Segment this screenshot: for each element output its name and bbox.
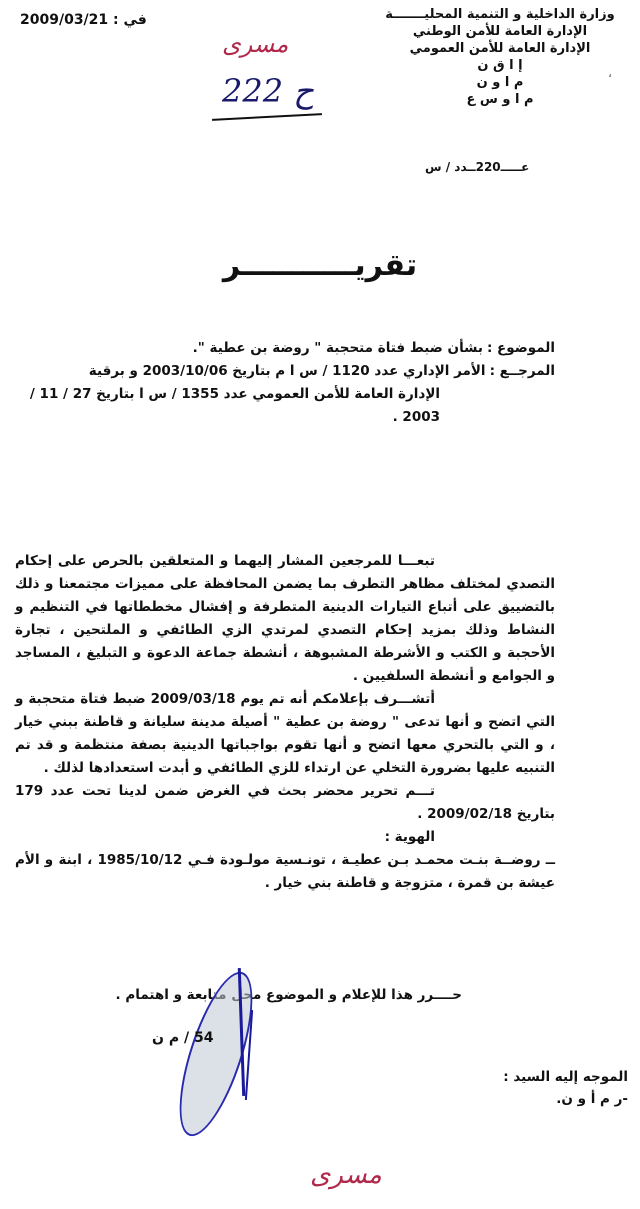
ministry-name: وزارة الداخلية و التنمية المحليـــــــة [370,6,630,23]
identity-heading: الهوية : [15,826,555,849]
issuer-code: 54 / م ن [152,1030,213,1046]
paragraph-directive: تبعـــا للمرجعين المشار إليهما و المتعلق… [15,550,555,688]
scan-speck: ، [608,66,612,80]
paragraph-incident-text: أتشـــرف بإعلامكم أنه تم يوم 2009/03/18 … [15,691,555,776]
paragraph-record-text: تـــم تحرير محضر بحث في الغرض ضمن لدينا … [15,783,555,822]
date-value: 2009/03/21 [20,12,108,28]
closing-statement: حــــرر هذا للإعلام و الموضوع محل متابعة… [116,987,462,1003]
reference-number: عـــــ220ــدد / س [425,160,529,174]
addressee-block: الموجه إليه السيد : -ر م أ و ن. [503,1066,628,1110]
document-date: في : 2009/03/21 [20,12,147,28]
public-security-directorate: الإدارة العامة للأمن العمومي [370,40,630,57]
reference-line-2: الإدارة العامة للأمن العمومي عدد 1355 / … [15,383,555,406]
handwritten-red-note-top: مسرى [222,30,288,58]
subject-value: بشأن ضبط فتاة متحجبة " روضة بن عطية ". [15,337,483,360]
department-code-1: إ ا ق ن [370,57,630,74]
subject-reference-block: الموضوع : بشأن ضبط فتاة متحجبة " روضة بن… [15,337,555,429]
handwritten-red-note-bottom: مسرى [310,1160,382,1190]
national-security-directorate: الإدارة العامة للأمن الوطني [370,23,630,40]
department-code-3: م ا و س ع [370,91,630,108]
addressee-label: الموجه إليه السيد : [503,1066,628,1088]
document-title: تقريـــــــــــر [0,248,640,283]
handwritten-underline [212,113,322,121]
paragraph-directive-text: تبعـــا للمرجعين المشار إليهما و المتعلق… [15,553,555,684]
reference-label: المرجــع : [490,360,555,383]
paragraph-record: تـــم تحرير محضر بحث في الغرض ضمن لدينا … [15,780,555,826]
ministry-header: وزارة الداخلية و التنمية المحليـــــــة … [370,6,630,108]
subject-row: الموضوع : بشأن ضبط فتاة متحجبة " روضة بن… [15,337,555,360]
reference-line-1: الأمر الإداري عدد 1120 / س ا م بتاريخ 20… [15,360,486,383]
subject-label: الموضوع : [487,337,555,360]
report-body: تبعـــا للمرجعين المشار إليهما و المتعلق… [15,550,555,895]
date-label: في : [113,12,147,28]
paragraph-incident: أتشـــرف بإعلامكم أنه تم يوم 2009/03/18 … [15,688,555,780]
department-code-2: م ا و ن [370,74,630,91]
reference-line-3: 2003 . [15,406,555,429]
addressee-recipient: -ر م أ و ن. [503,1088,628,1110]
reference-row: المرجــع : الأمر الإداري عدد 1120 / س ا … [15,360,555,383]
identity-details: ــ روضــة بنـت محمـد بـن عطيـة ، تونـسية… [15,849,555,895]
handwritten-number-note: 222 ح [222,72,314,110]
